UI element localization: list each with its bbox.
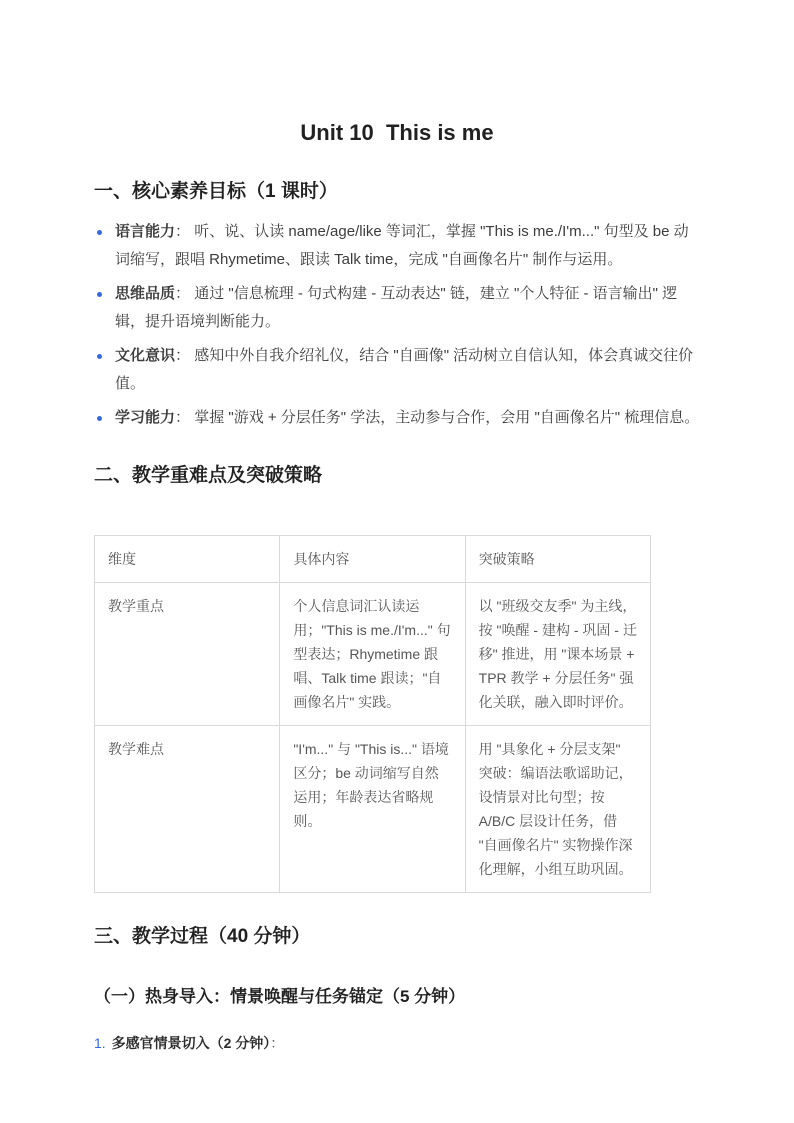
table-header-strategy: 突破策略 — [465, 536, 650, 583]
goal-separator: ： — [175, 409, 190, 426]
goal-body: 听、说、认读 name/age/like 等词汇，掌握 "This is me.… — [115, 223, 689, 268]
difficulty-strategy-table: 维度 具体内容 突破策略 教学重点 个人信息词汇认读运用；"This is me… — [94, 535, 651, 893]
step-colon: ： — [270, 1035, 284, 1051]
goal-separator: ： — [175, 285, 190, 302]
table-header-dimension: 维度 — [95, 536, 280, 583]
numbered-step: 1. 多感官情景切入（2 分钟）： — [94, 1031, 700, 1055]
cell-dimension: 教学重点 — [95, 583, 280, 726]
cell-content: 个人信息词汇认读运用；"This is me./I'm..." 句型表达；Rhy… — [280, 583, 465, 726]
goal-body: 掌握 "游戏 + 分层任务" 学法，主动参与合作，会用 "自画像名片" 梳理信息… — [190, 409, 699, 426]
bullet-icon — [97, 416, 102, 421]
list-item: 语言能力： 听、说、认读 name/age/like 等词汇，掌握 "This … — [94, 218, 700, 274]
goal-text: 学习能力： 掌握 "游戏 + 分层任务" 学法，主动参与合作，会用 "自画像名片… — [115, 404, 699, 432]
table-header-row: 维度 具体内容 突破策略 — [95, 536, 651, 583]
bullet-icon — [97, 292, 102, 297]
section-heading-core-goals: 一、核心素养目标（1 课时） — [94, 178, 700, 205]
step-label: 多感官情景切入（2 分钟） — [112, 1035, 271, 1051]
cell-strategy: 以 "班级交友季" 为主线，按 "唤醒 - 建构 - 巩固 - 迁移" 推进，用… — [465, 583, 650, 726]
goal-body: 感知中外自我介绍礼仪，结合 "自画像" 活动树立自信认知，体会真诚交往价值。 — [115, 347, 693, 392]
goal-label: 学习能力 — [115, 409, 175, 426]
table-row: 教学重点 个人信息词汇认读运用；"This is me./I'm..." 句型表… — [95, 583, 651, 726]
page-title: Unit 10 This is me — [94, 118, 700, 148]
section-heading-key-difficulties: 二、教学重难点及突破策略 — [94, 462, 700, 489]
bullet-icon — [97, 354, 102, 359]
cell-strategy: 用 "具象化 + 分层支架" 突破：编语法歌谣助记，设情景对比句型；按 A/B/… — [465, 726, 650, 893]
goal-body: 通过 "信息梳理 - 句式构建 - 互动表达" 链，建立 "个人特征 - 语言输… — [115, 285, 677, 330]
document-page: Unit 10 This is me 一、核心素养目标（1 课时） 语言能力： … — [0, 0, 794, 1123]
table-header-content: 具体内容 — [280, 536, 465, 583]
goal-label: 语言能力 — [115, 223, 175, 240]
goal-label: 文化意识 — [115, 347, 175, 364]
bullet-icon — [97, 230, 102, 235]
table-row: 教学难点 "I'm..." 与 "This is..." 语境区分；be 动词缩… — [95, 726, 651, 893]
list-item: 学习能力： 掌握 "游戏 + 分层任务" 学法，主动参与合作，会用 "自画像名片… — [94, 404, 700, 432]
goals-list: 语言能力： 听、说、认读 name/age/like 等词汇，掌握 "This … — [94, 218, 700, 432]
goal-separator: ： — [175, 347, 190, 364]
list-item: 文化意识： 感知中外自我介绍礼仪，结合 "自画像" 活动树立自信认知，体会真诚交… — [94, 342, 700, 398]
goal-label: 思维品质 — [115, 285, 175, 302]
goal-text: 文化意识： 感知中外自我介绍礼仪，结合 "自画像" 活动树立自信认知，体会真诚交… — [115, 342, 700, 398]
cell-content: "I'm..." 与 "This is..." 语境区分；be 动词缩写自然运用… — [280, 726, 465, 893]
step-number: 1. — [94, 1035, 106, 1051]
section-heading-teaching-process: 三、教学过程（40 分钟） — [94, 923, 700, 950]
goal-text: 语言能力： 听、说、认读 name/age/like 等词汇，掌握 "This … — [115, 218, 700, 274]
goal-text: 思维品质： 通过 "信息梳理 - 句式构建 - 互动表达" 链，建立 "个人特征… — [115, 280, 700, 336]
list-item: 思维品质： 通过 "信息梳理 - 句式构建 - 互动表达" 链，建立 "个人特征… — [94, 280, 700, 336]
cell-dimension: 教学难点 — [95, 726, 280, 893]
subsection-heading-warmup: （一）热身导入：情景唤醒与任务锚定（5 分钟） — [94, 984, 700, 1009]
goal-separator: ： — [175, 223, 190, 240]
